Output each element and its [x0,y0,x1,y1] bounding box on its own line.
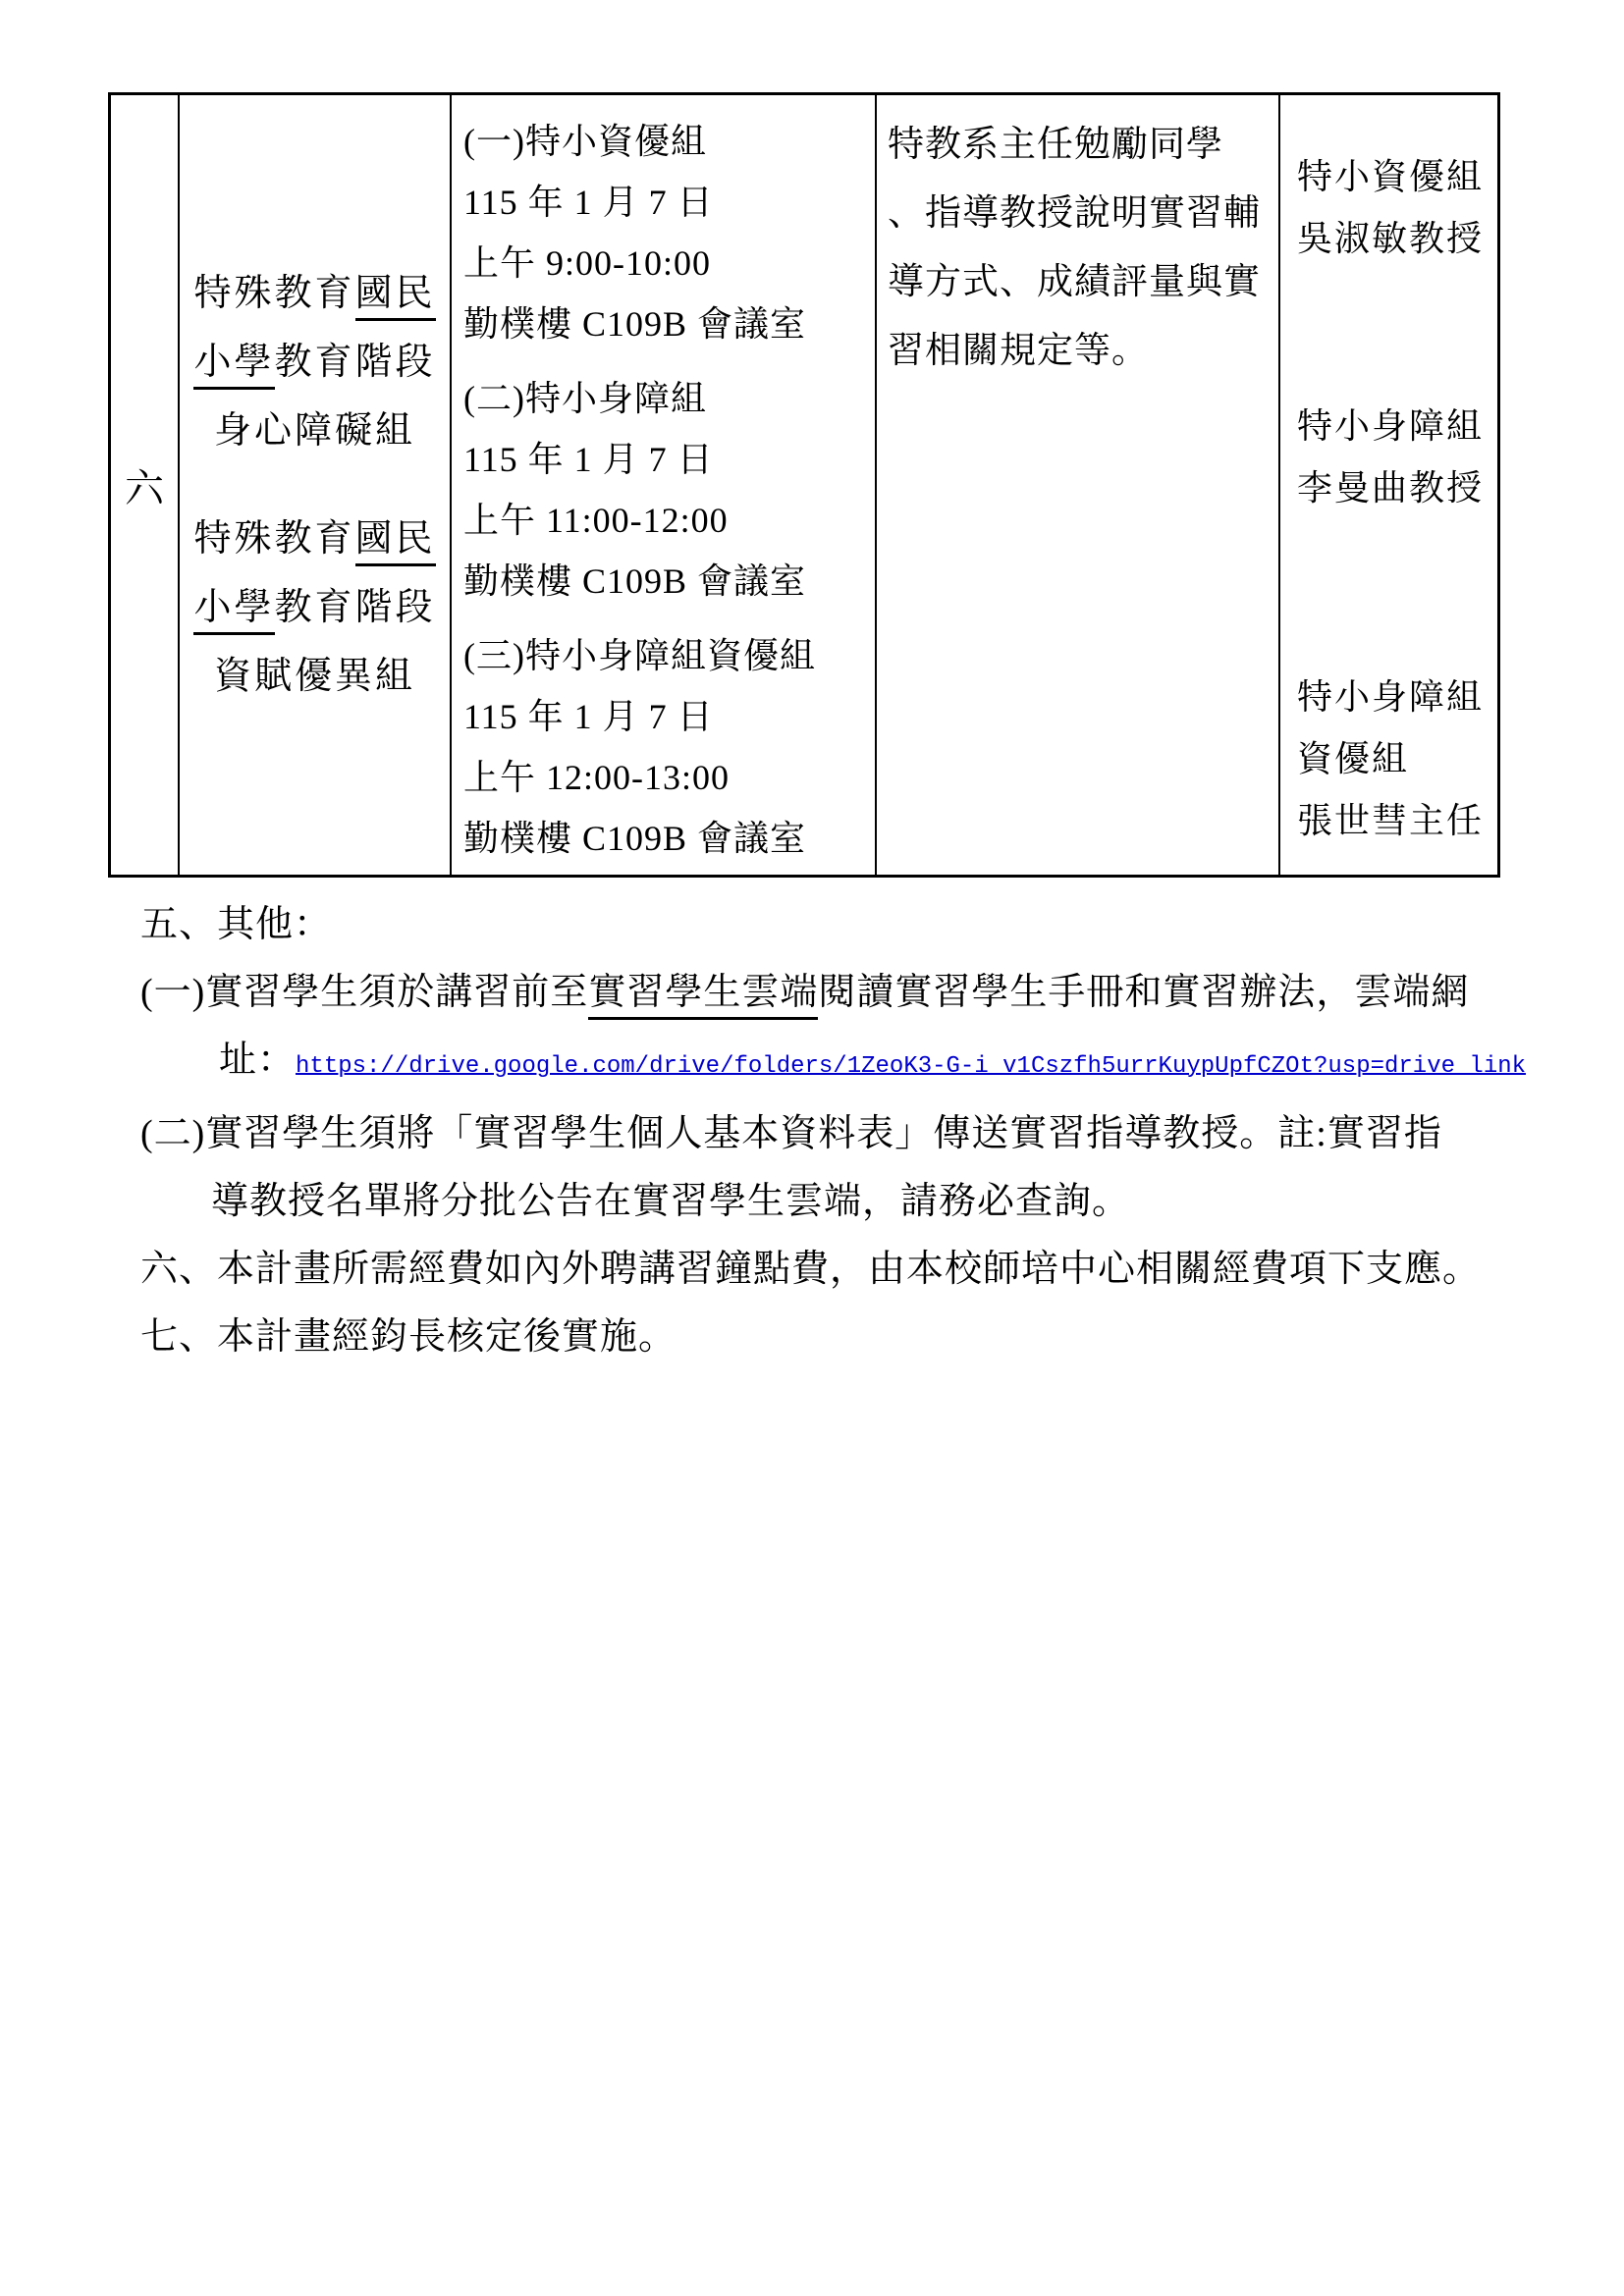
session-date: 115 年 1 月 7 日 [463,686,875,747]
session-date: 115 年 1 月 7 日 [463,172,875,233]
session-schedule-cell: (一)特小資優組 115 年 1 月 7 日 上午 9:00-10:00 勤樸樓… [452,95,877,875]
text-segment: (一)實習學生須於講習前至 [140,972,588,1013]
program-group-block-1: 特殊教育國民 小學教育階段 身心障礙組 [193,259,435,465]
session-time: 上午 9:00-10:00 [463,233,875,294]
session-block-2: (二)特小身障組 115 年 1 月 7 日 上午 11:00-12:00 勤樸… [463,368,875,612]
session-description-cell: 特教系主任勉勵同學 、指導教授說明實習輔 導方式、成績評量與實 習相關規定等。 [877,95,1280,875]
program-group-line: 資賦優異組 [193,642,435,711]
underlined-text-segment: 小學 [193,587,274,635]
note-item-2-line-1: (二)實習學生須將「實習學生個人基本資料表」傳送實習指導教授。註:實習指 [140,1100,1515,1168]
program-group-block-2: 特殊教育國民 小學教育階段 資賦優異組 [193,505,435,711]
program-group-line: 身心障礙組 [193,397,435,465]
underlined-text-segment: 小學 [193,342,274,390]
session-date: 115 年 1 月 7 日 [463,429,875,490]
instructor-name: 李曼曲教授 [1297,457,1497,519]
note-item-1-line-1: (一)實習學生須於講習前至實習學生雲端閱讀實習學生手冊和實習辦法，雲端網 [140,959,1515,1027]
instructor-block-1: 特小資優組 吳淑敏教授 [1297,146,1497,270]
cloud-drive-link[interactable]: https://drive.google.com/drive/folders/1… [296,1053,1526,1080]
instructor-block-2: 特小身障組 李曼曲教授 [1297,396,1497,519]
text-segment: 教育階段 [275,342,436,383]
description-line: 、指導教授說明實習輔 [888,180,1278,248]
underlined-text-segment: 國民 [355,518,436,566]
session-venue: 勤樸樓 C109B 會議室 [463,551,875,612]
row-index-cell: 六 [111,95,180,875]
text-segment: 閱讀實習學生手冊和實習辦法，雲端網 [818,972,1469,1013]
program-group-line: 小學教育階段 [193,328,435,397]
session-title: (一)特小資優組 [463,111,875,172]
instructor-group-label: 特小身障組 [1297,396,1497,457]
session-time: 上午 11:00-12:00 [463,490,875,551]
session-block-3: (三)特小身障組資優組 115 年 1 月 7 日 上午 12:00-13:00… [463,625,875,869]
instructor-group-label: 特小資優組 [1297,146,1497,208]
text-segment: 特殊教育 [193,518,354,560]
instructor-group-label: 特小身障組 [1297,667,1497,728]
instructor-name: 張世彗主任 [1297,790,1497,852]
section-7-text: 七、本計畫經鈞長核定後實施。 [140,1304,1515,1371]
program-group-line: 小學教育階段 [193,573,435,642]
note-item-2-line-2: 導教授名單將分批公告在實習學生雲端，請務必查詢。 [140,1168,1515,1236]
program-group-cell: 特殊教育國民 小學教育階段 身心障礙組 特殊教育國民 小學教育階段 資賦優異組 [180,95,452,875]
description-line: 導方式、成績評量與實 [888,248,1278,317]
session-title: (二)特小身障組 [463,368,875,429]
underlined-text-segment: 實習學生雲端 [588,972,818,1020]
session-title: (三)特小身障組資優組 [463,625,875,686]
instructor-block-3: 特小身障組 資優組 張世彗主任 [1297,667,1497,852]
session-time: 上午 12:00-13:00 [463,747,875,808]
underlined-text-segment: 國民 [355,273,436,321]
notes-section: 五、其他： (一)實習學生須於講習前至實習學生雲端閱讀實習學生手冊和實習辦法，雲… [140,891,1515,1371]
section-5-heading: 五、其他： [140,891,1515,959]
program-group-line: 特殊教育國民 [193,259,435,328]
url-label: 址： [219,1040,296,1081]
document-page: 六 特殊教育國民 小學教育階段 身心障礙組 特殊教育國民 小學教育階段 資賦優異… [0,0,1624,2296]
instructor-group-label: 資優組 [1297,728,1497,790]
text-segment: 教育階段 [275,587,436,628]
session-venue: 勤樸樓 C109B 會議室 [463,808,875,869]
note-item-1-line-2: 址：https://drive.google.com/drive/folders… [140,1027,1515,1100]
instructor-name: 吳淑敏教授 [1297,208,1497,270]
description-line: 特教系主任勉勵同學 [888,111,1278,180]
section-6-text: 六、本計畫所需經費如內外聘講習鐘點費，由本校師培中心相關經費項下支應。 [140,1236,1515,1304]
row-index-label: 六 [125,457,164,513]
practicum-briefing-schedule-table: 六 特殊教育國民 小學教育階段 身心障礙組 特殊教育國民 小學教育階段 資賦優異… [108,92,1500,878]
description-line: 習相關規定等。 [888,317,1278,386]
text-segment: 特殊教育 [193,273,354,314]
program-group-line: 特殊教育國民 [193,505,435,573]
instructor-cell: 特小資優組 吳淑敏教授 特小身障組 李曼曲教授 特小身障組 資優組 張世彗主任 [1280,95,1497,875]
session-block-1: (一)特小資優組 115 年 1 月 7 日 上午 9:00-10:00 勤樸樓… [463,111,875,354]
session-venue: 勤樸樓 C109B 會議室 [463,294,875,354]
